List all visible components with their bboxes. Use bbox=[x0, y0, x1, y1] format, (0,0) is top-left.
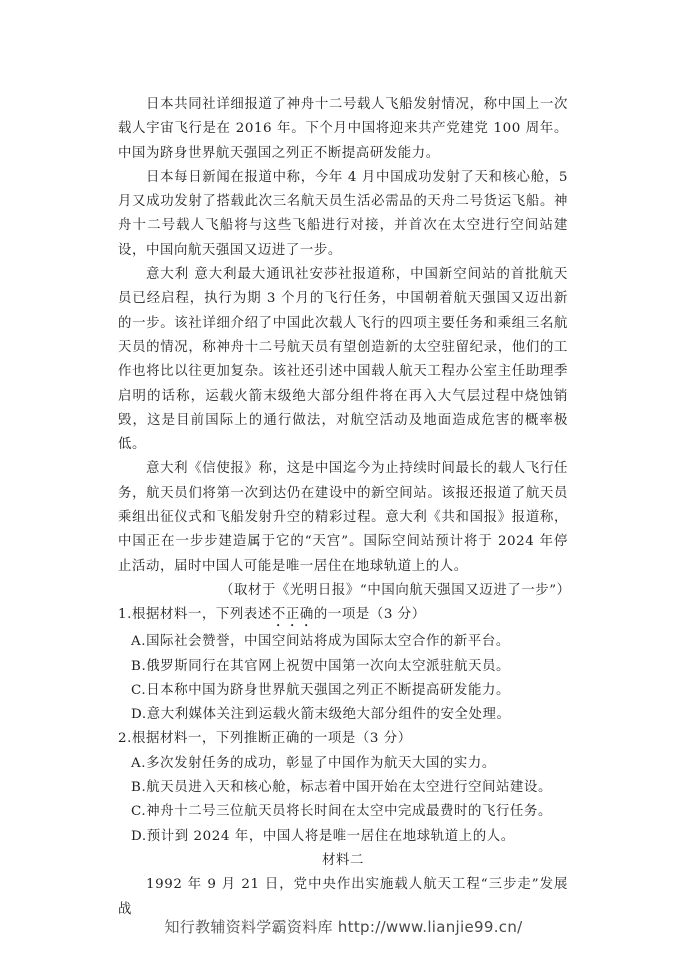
question-stem-before: 1.根据材料一，下列表述 bbox=[118, 607, 272, 622]
paragraph-japan-kyodo: 日本共同社详细报道了神舟十二号载人飞船发射情况，称中国上一次载人宇宙飞行是在 2… bbox=[118, 93, 568, 166]
material-two-title: 材料二 bbox=[118, 849, 568, 873]
paragraph-japan-mainichi: 日本每日新闻在报道中称，今年 4 月中国成功发射了天和核心舱，5 月又成功发射了… bbox=[118, 166, 568, 263]
option-c: C.日本称中国为跻身世界航天强国之列正不断提高研发能力。 bbox=[118, 679, 568, 703]
option-b: B.俄罗斯同行在其官网上祝贺中国第一次向太空派驻航天员。 bbox=[118, 655, 568, 679]
option-c: C.神舟十二号三位航天员将长时间在太空中完成最费时的飞行任务。 bbox=[118, 800, 568, 824]
option-d: D.意大利媒体关注到运载火箭末级绝大部分组件的安全处理。 bbox=[118, 703, 568, 727]
question-stem: 2.根据材料一，下列推断正确的一项是（3 分） bbox=[118, 727, 568, 751]
question-stem-after: 的一项是（3 分） bbox=[314, 607, 426, 622]
option-a: A.国际社会赞誉，中国空间站将成为国际太空合作的新平台。 bbox=[118, 630, 568, 654]
option-b: B.航天员进入天和核心舱，标志着中国开始在太空进行空间站建设。 bbox=[118, 776, 568, 800]
document-page: 日本共同社详细报道了神舟十二号载人飞船发射情况，称中国上一次载人宇宙飞行是在 2… bbox=[0, 0, 687, 971]
option-d: D.预计到 2024 年，中国人将是唯一居住在地球轨道上的人。 bbox=[118, 825, 568, 849]
watermark-footer: 知行教辅资料学霸资料库 http://www.lianjie99.cn/ bbox=[0, 916, 687, 937]
question-2: 2.根据材料一，下列推断正确的一项是（3 分） A.多次发射任务的成功，彰显了中… bbox=[118, 727, 568, 848]
option-a: A.多次发射任务的成功，彰显了中国作为航天大国的实力。 bbox=[118, 752, 568, 776]
question-1: 1.根据材料一，下列表述不正确的一项是（3 分） A.国际社会赞誉，中国空间站将… bbox=[118, 603, 568, 727]
paragraph-italy-ansa: 意大利 意大利最大通讯社安莎社报道称，中国新空间站的首批航天员已经启程，执行为期… bbox=[118, 263, 568, 457]
question-stem: 1.根据材料一，下列表述不正确的一项是（3 分） bbox=[118, 603, 568, 630]
material-two-first-line: 1992 年 9 月 21 日，党中央作出实施载人航天工程“三步走”发展战 bbox=[118, 873, 568, 922]
source-citation: （取材于《光明日报》“中国向航天强国又迈进了一步”） bbox=[118, 579, 568, 603]
paragraph-italy-messaggero: 意大利《信使报》称，这是中国迄今为止持续时间最长的载人飞行任务，航天员们将第一次… bbox=[118, 457, 568, 578]
exam-content: 日本共同社详细报道了神舟十二号载人飞船发射情况，称中国上一次载人宇宙飞行是在 2… bbox=[118, 93, 568, 922]
emphasis-not-correct: 不正确 bbox=[272, 607, 314, 622]
